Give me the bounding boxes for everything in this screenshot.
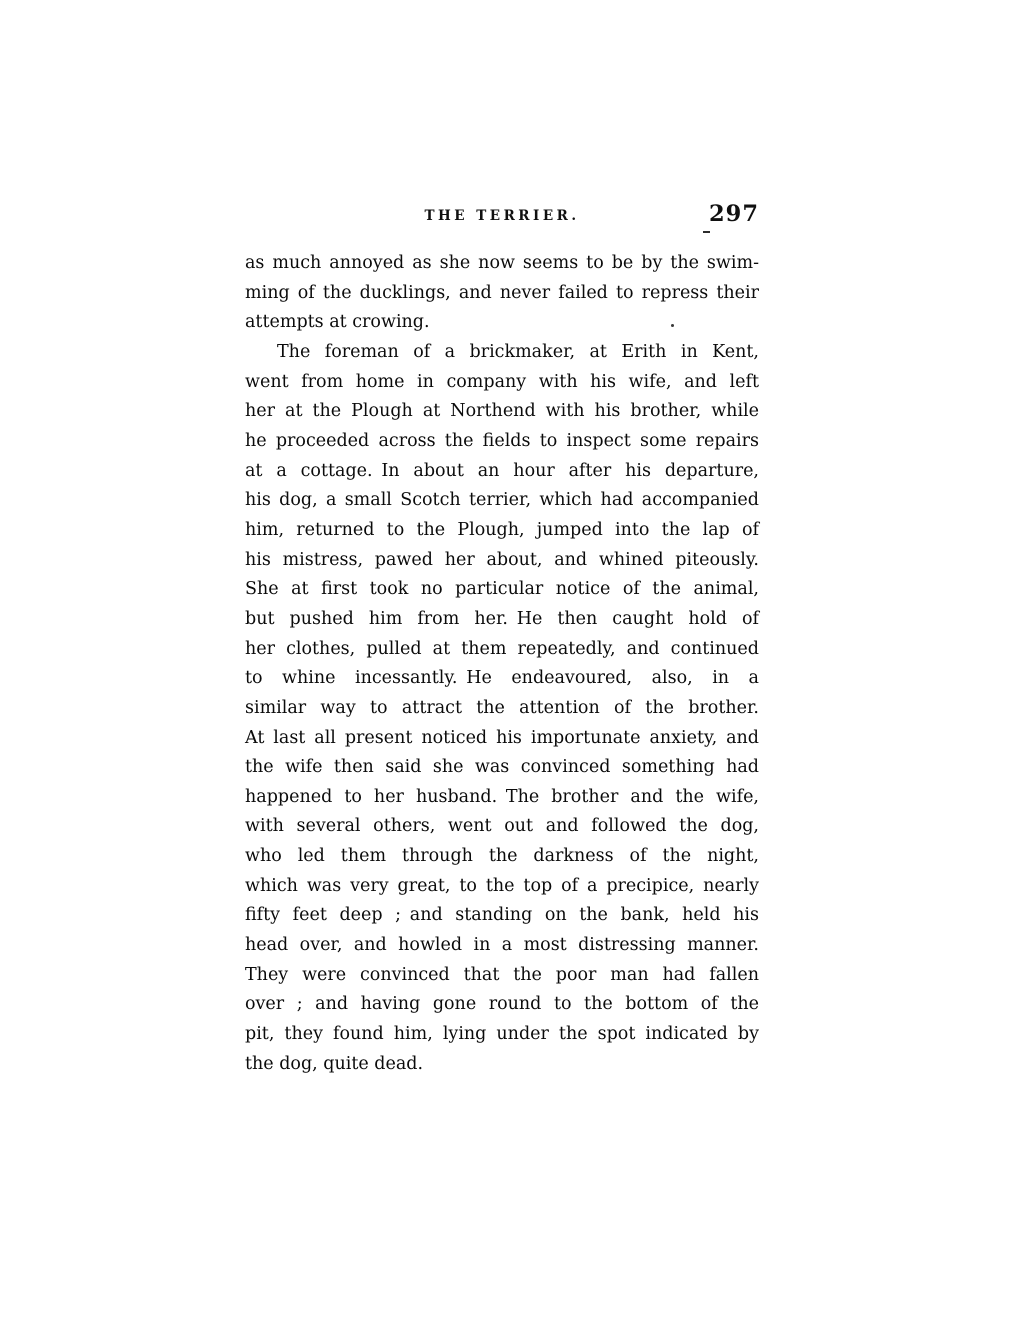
text-line: his dog, a small Scotch terrier, which h…: [245, 486, 759, 516]
text-line: fifty feet deep ; and standing on the ba…: [245, 901, 759, 931]
page-header-title: THE TERRIER.: [245, 208, 759, 224]
text-line: head over, and howled in a most distress…: [245, 931, 759, 961]
text-line: The foreman of a brickmaker, at Erith in…: [245, 338, 759, 368]
book-page: THE TERRIER. 297 as much annoyed as she …: [0, 0, 1033, 1339]
text-line: her at the Plough at Northend with his b…: [245, 397, 759, 427]
text-line: ming of the ducklings, and never failed …: [245, 279, 759, 309]
text-line: attempts at crowing.: [245, 308, 759, 338]
text-line: him, returned to the Plough, jumped into…: [245, 516, 759, 546]
text-line: She at first took no particular notice o…: [245, 575, 759, 605]
text-line: They were convinced that the poor man ha…: [245, 961, 759, 991]
text-block: as much annoyed as she now seems to be b…: [245, 249, 759, 1079]
text-line: her clothes, pulled at them repeatedly, …: [245, 635, 759, 665]
text-line: the wife then said she was convinced som…: [245, 753, 759, 783]
text-line: his mistress, pawed her about, and whine…: [245, 546, 759, 576]
text-line: with several others, went out and follow…: [245, 812, 759, 842]
text-line: who led them through the darkness of the…: [245, 842, 759, 872]
text-line: as much annoyed as she now seems to be b…: [245, 249, 759, 279]
page-number: 297: [709, 201, 759, 227]
text-line: but pushed him from her. He then caught …: [245, 605, 759, 635]
text-line: to whine incessantly. He endeavoured, al…: [245, 664, 759, 694]
text-line: over ; and having gone round to the bott…: [245, 990, 759, 1020]
text-line: the dog, quite dead.: [245, 1050, 759, 1080]
text-line: which was very great, to the top of a pr…: [245, 872, 759, 902]
running-head: THE TERRIER. 297: [245, 204, 759, 234]
scan-artifact-dash: [703, 231, 710, 233]
text-line: similar way to attract the attention of …: [245, 694, 759, 724]
text-line: he proceeded across the fields to inspec…: [245, 427, 759, 457]
text-line: at a cottage. In about an hour after his…: [245, 457, 759, 487]
text-line: pit, they found him, lying under the spo…: [245, 1020, 759, 1050]
text-line: went from home in company with his wife,…: [245, 368, 759, 398]
text-line: happened to her husband. The brother and…: [245, 783, 759, 813]
text-line: At last all present noticed his importun…: [245, 724, 759, 754]
